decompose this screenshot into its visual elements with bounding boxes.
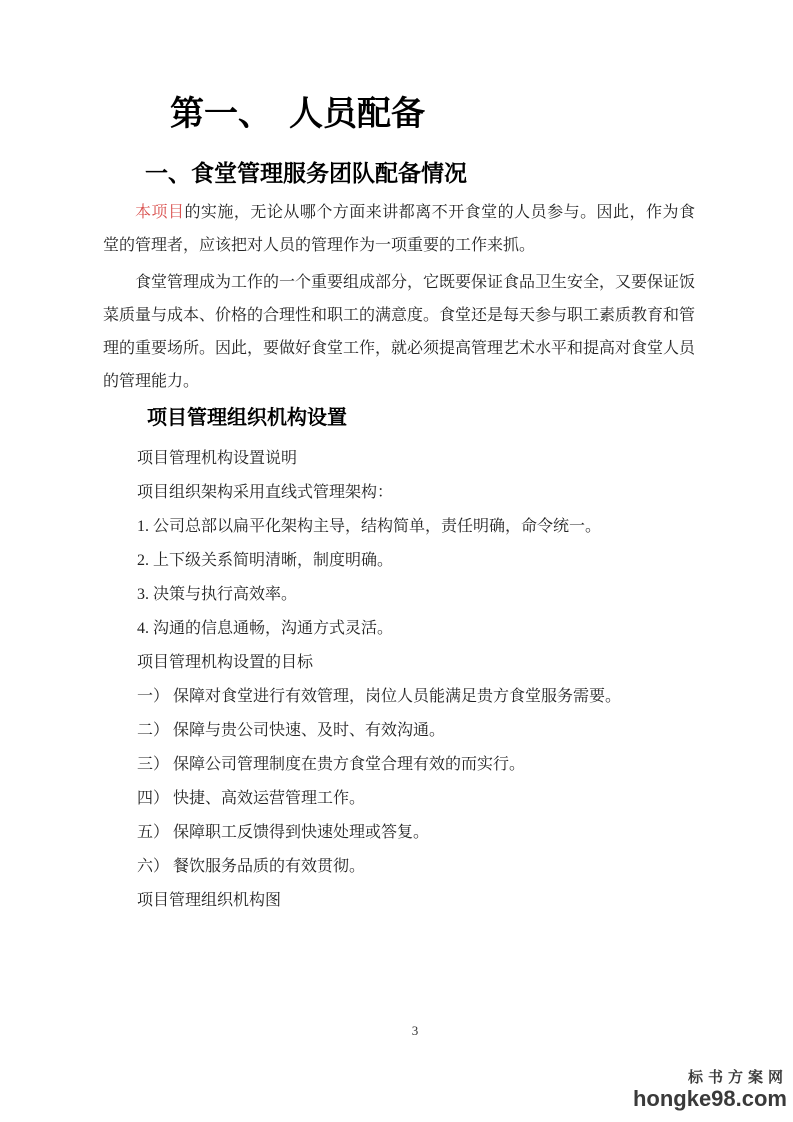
list-line: 项目管理机构设置说明 — [137, 442, 697, 476]
list-line: 三） 保障公司管理制度在贵方食堂合理有效的而实行。 — [137, 748, 697, 782]
watermark: 标书方案网 hongke98.com — [633, 1068, 787, 1111]
list-line: 一） 保障对食堂进行有效管理，岗位人员能满足贵方食堂服务需要。 — [137, 680, 697, 714]
highlighted-project-text: 本项目 — [135, 204, 184, 221]
list-line: 二） 保障与贵公司快速、及时、有效沟通。 — [137, 714, 697, 748]
paragraph-1-text: 的实施，无论从哪个方面来讲都离不开食堂的人员参与。因此，作为食堂的管理者，应该把… — [103, 204, 695, 254]
list-line: 项目管理机构设置的目标 — [137, 646, 697, 680]
document-page: 第一、人员配备 一、食堂管理服务团队配备情况 本项目的实施，无论从哪个方面来讲都… — [0, 0, 793, 1122]
list-line: 2. 上下级关系简明清晰，制度明确。 — [137, 544, 697, 578]
paragraph-1: 本项目的实施，无论从哪个方面来讲都离不开食堂的人员参与。因此，作为食堂的管理者，… — [103, 196, 695, 262]
paragraph-2: 食堂管理成为工作的一个重要组成部分，它既要保证食品卫生安全，又要保证饭菜质量与成… — [103, 266, 695, 398]
list-line: 3. 决策与执行高效率。 — [137, 578, 697, 612]
list-line: 六） 餐饮服务品质的有效贯彻。 — [137, 850, 697, 884]
list-line: 五） 保障职工反馈得到快速处理或答复。 — [137, 816, 697, 850]
body-paragraphs: 本项目的实施，无论从哪个方面来讲都离不开食堂的人员参与。因此，作为食堂的管理者，… — [103, 196, 695, 398]
subsection-heading-org: 项目管理组织机构设置 — [147, 405, 347, 432]
list-line: 四） 快捷、高效运营管理工作。 — [137, 782, 697, 816]
org-structure-list: 项目管理机构设置说明 项目组织架构采用直线式管理架构： 1. 公司总部以扁平化架… — [137, 442, 697, 918]
page-number: 3 — [0, 1022, 793, 1040]
page-title: 第一、人员配备 — [170, 95, 425, 133]
section-heading-team: 一、食堂管理服务团队配备情况 — [145, 159, 467, 187]
page-title-text: 人员配备 — [289, 95, 425, 133]
list-line: 项目组织架构采用直线式管理架构： — [137, 476, 697, 510]
watermark-site-name: 标书方案网 — [633, 1068, 788, 1087]
list-line: 4. 沟通的信息通畅，沟通方式灵活。 — [137, 612, 697, 646]
list-line: 1. 公司总部以扁平化架构主导，结构简单，责任明确，命令统一。 — [137, 510, 697, 544]
page-title-number: 第一、 — [170, 95, 272, 133]
watermark-site-url: hongke98.com — [633, 1087, 787, 1111]
list-line: 项目管理组织机构图 — [137, 884, 697, 918]
